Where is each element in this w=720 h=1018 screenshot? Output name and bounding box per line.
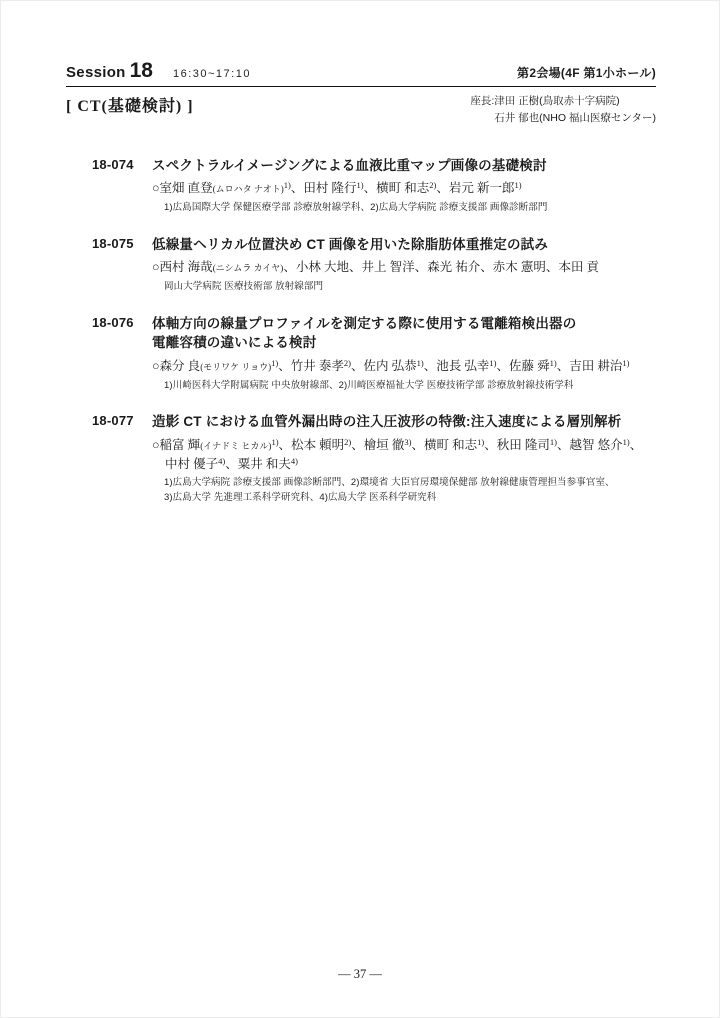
chair-block: 座長: 津田 正樹(鳥取赤十字病院) 石井 郁也(NHO 福山医療センター) xyxy=(470,93,656,127)
item-body: 造影 CT における血管外漏出時の注入圧波形の特徴:注入速度による層別解析 ○稲… xyxy=(152,412,656,506)
item-authors: ○室畑 直登(ムロハタ ナオト)1)、田村 隆行1)、横町 和志2)、岩元 新一… xyxy=(152,179,656,198)
program-page: { "header": { "session_label": "Session"… xyxy=(0,0,720,1018)
item-affiliations: 1)広島国際大学 保健医療学部 診療放射線学科、2)広島大学病院 診療支援部 画… xyxy=(164,201,656,216)
item-body: 体軸方向の線量プロファイルを測定する際に使用する電離箱検出器の電離容積の違いによ… xyxy=(152,314,656,394)
item-title: 体軸方向の線量プロファイルを測定する際に使用する電離箱検出器の電離容積の違いによ… xyxy=(152,314,656,353)
session-room: 第2会場(4F 第1小ホール) xyxy=(517,64,656,81)
item-authors: ○西村 海哉(ニシムラ カイヤ)、小林 大地、井上 智洋、森光 祐介、赤木 憲明… xyxy=(152,258,656,277)
item-number: 18-075 xyxy=(92,235,152,295)
item-authors: ○稲富 輝(イナドミ ヒカル)1)、松本 頼明2)、檜垣 徹3)、横町 和志1)… xyxy=(152,436,656,474)
category-row: [ CT(基礎検討) ] 座長: 津田 正樹(鳥取赤十字病院) 石井 郁也(NH… xyxy=(66,93,656,127)
chair-name: 石井 郁也(NHO 福山医療センター) xyxy=(494,110,656,127)
presentation-item: 18-076 体軸方向の線量プロファイルを測定する際に使用する電離箱検出器の電離… xyxy=(92,314,656,394)
item-affiliations: 1)広島大学病院 診療支援部 画像診断部門、2)環境省 大臣官房環境保健部 放射… xyxy=(164,476,656,505)
item-authors: ○森分 良(モリワケ リョウ)1)、竹井 泰孝2)、佐内 弘恭1)、池長 弘幸1… xyxy=(152,357,656,376)
item-title: 造影 CT における血管外漏出時の注入圧波形の特徴:注入速度による層別解析 xyxy=(152,412,656,432)
item-number: 18-076 xyxy=(92,314,152,394)
item-title: 低線量ヘリカル位置決め CT 画像を用いた除脂肪体重推定の試み xyxy=(152,235,656,255)
presentation-item: 18-075 低線量ヘリカル位置決め CT 画像を用いた除脂肪体重推定の試み ○… xyxy=(92,235,656,295)
chair-name: 津田 正樹(鳥取赤十字病院) xyxy=(494,93,656,110)
item-body: スペクトラルイメージングによる血液比重マップ画像の基礎検討 ○室畑 直登(ムロハ… xyxy=(152,156,656,216)
page-body: Session 18 16:30~17:10 第2会場(4F 第1小ホール) [… xyxy=(0,0,720,1018)
session-items: 18-074 スペクトラルイメージングによる血液比重マップ画像の基礎検討 ○室畑… xyxy=(92,156,656,506)
page-number: — 37 — xyxy=(0,967,720,982)
session-header: Session 18 16:30~17:10 第2会場(4F 第1小ホール) xyxy=(66,60,656,87)
item-body: 低線量ヘリカル位置決め CT 画像を用いた除脂肪体重推定の試み ○西村 海哉(ニ… xyxy=(152,235,656,295)
presentation-item: 18-077 造影 CT における血管外漏出時の注入圧波形の特徴:注入速度による… xyxy=(92,412,656,506)
session-label: Session xyxy=(66,64,126,81)
session-category: [ CT(基礎検討) ] xyxy=(66,93,194,116)
session-time: 16:30~17:10 xyxy=(173,68,251,80)
item-title: スペクトラルイメージングによる血液比重マップ画像の基礎検討 xyxy=(152,156,656,176)
session-number: 18 xyxy=(130,60,153,81)
item-affiliations: 1)川崎医科大学附属病院 中央放射線部、2)川崎医療福祉大学 医療技術学部 診療… xyxy=(164,379,656,394)
item-affiliations: 岡山大学病院 医療技術部 放射線部門 xyxy=(164,280,656,295)
chair-names: 津田 正樹(鳥取赤十字病院) 石井 郁也(NHO 福山医療センター) xyxy=(494,93,656,127)
item-number: 18-077 xyxy=(92,412,152,506)
chair-label: 座長: xyxy=(470,93,494,127)
presentation-item: 18-074 スペクトラルイメージングによる血液比重マップ画像の基礎検討 ○室畑… xyxy=(92,156,656,216)
item-number: 18-074 xyxy=(92,156,152,216)
